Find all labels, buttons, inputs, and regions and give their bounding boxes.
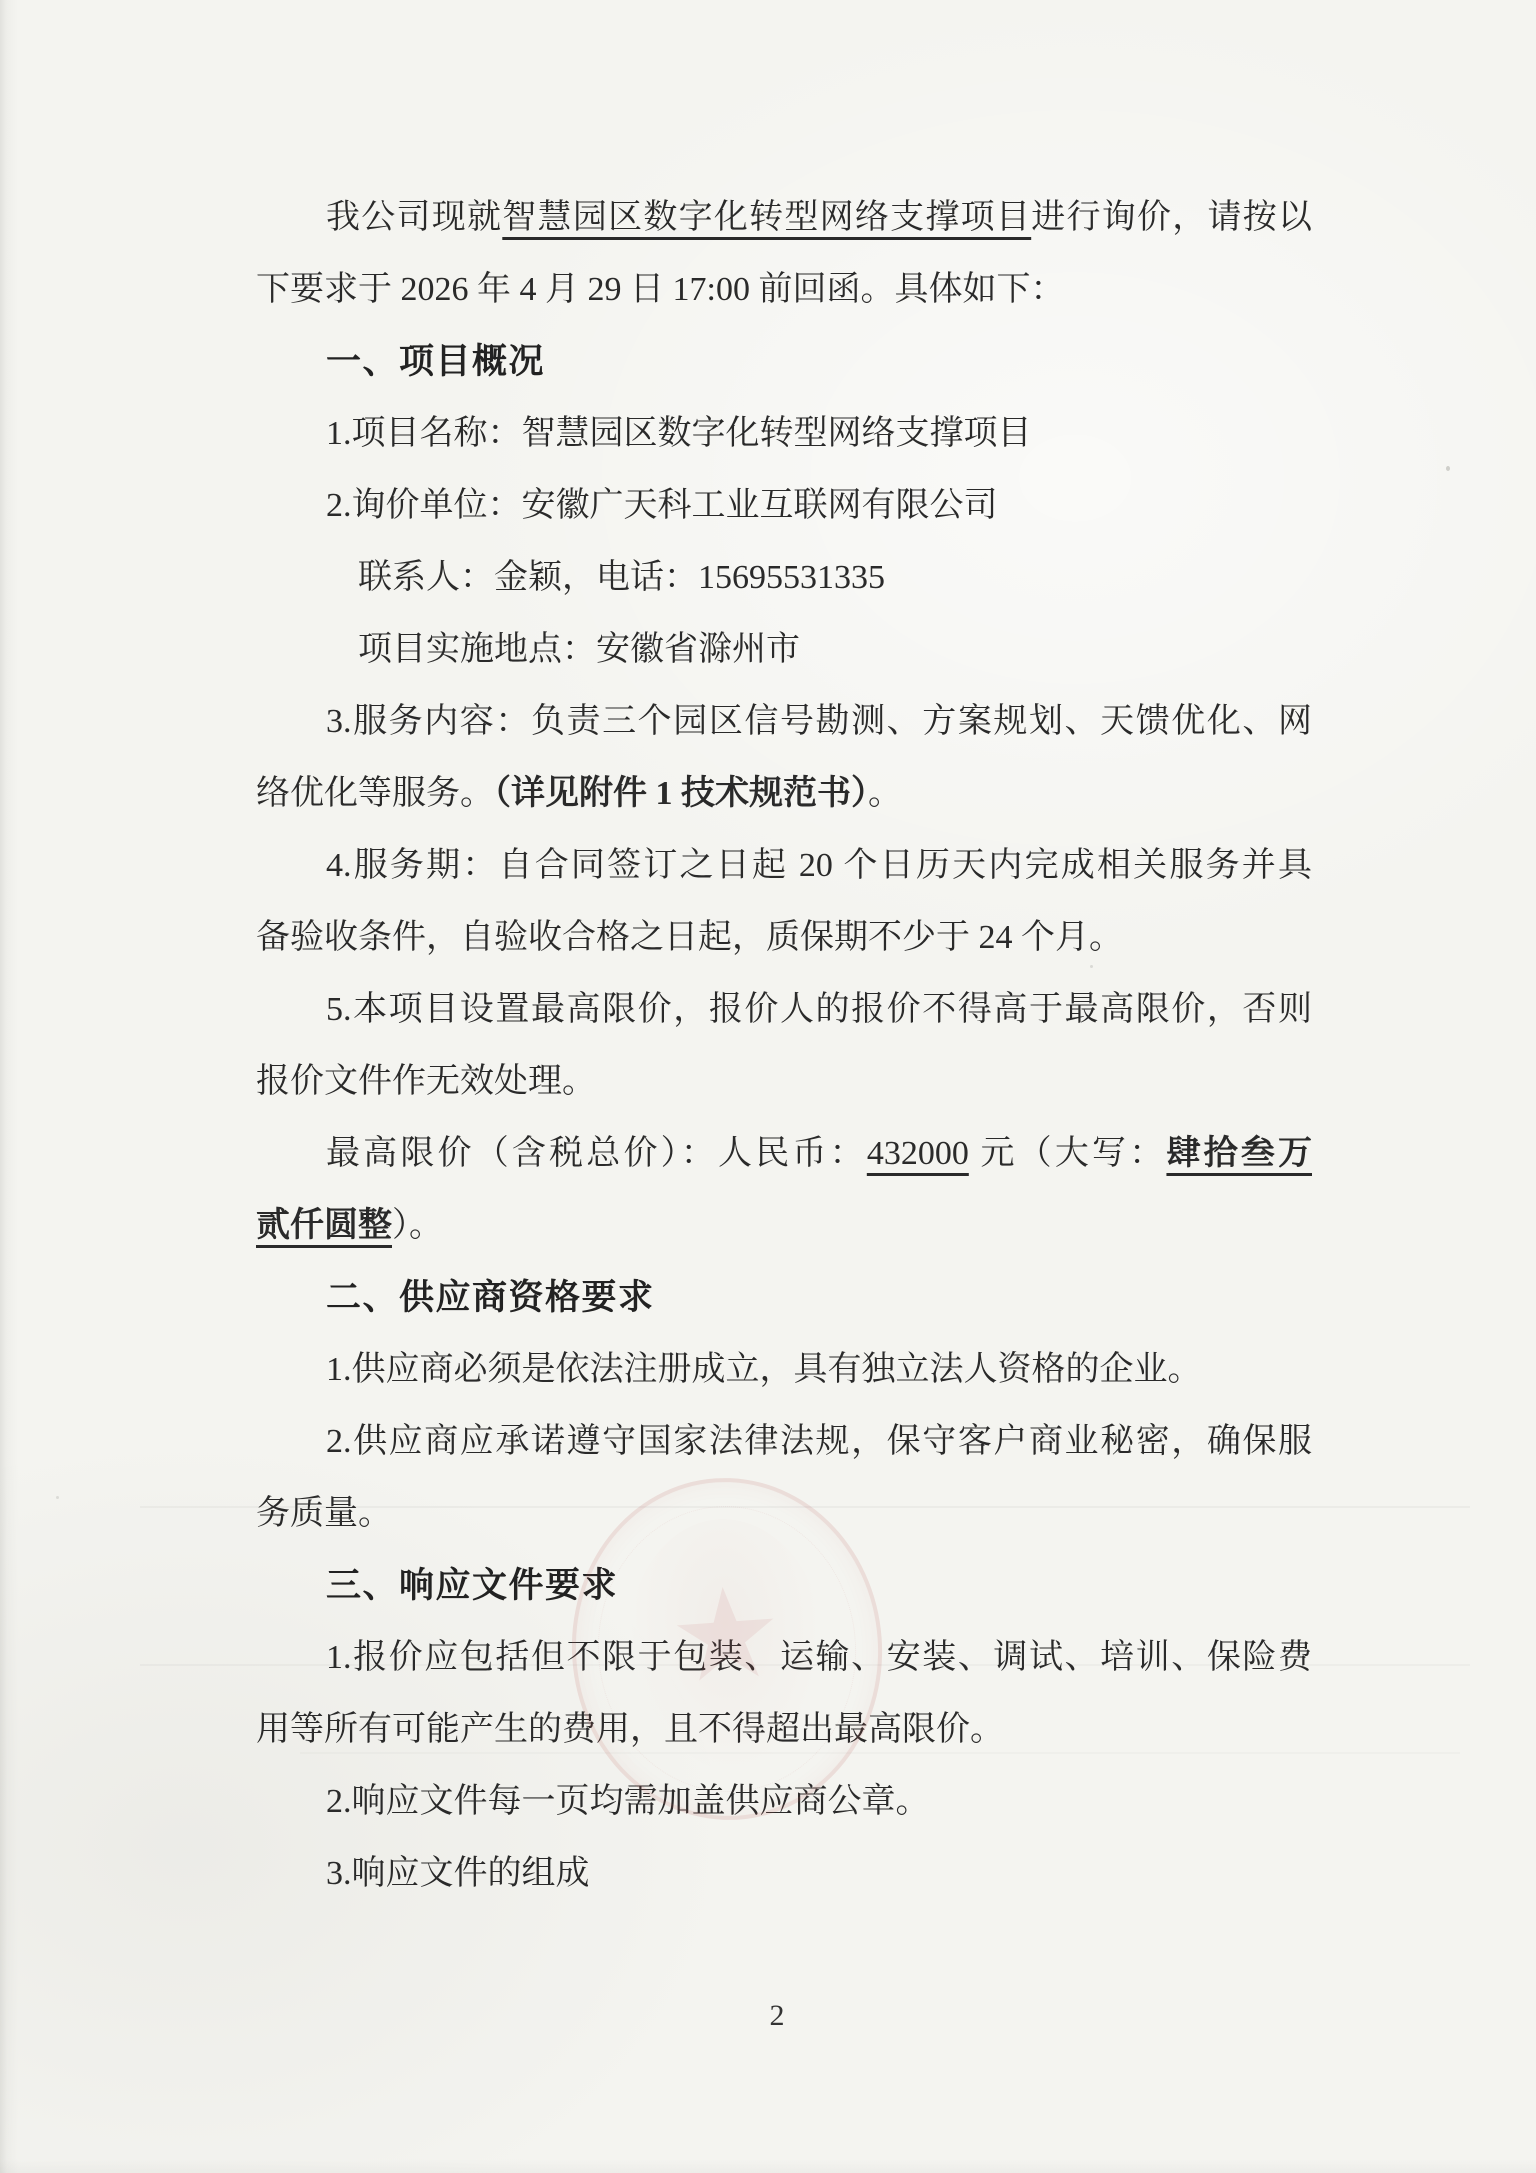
scan-artifact-line: [300, 1752, 1460, 1754]
text-line: 1.供应商必须是依法注册成立，具有独立法人资格的企业。: [256, 1334, 1312, 1406]
text-segment: 1.报价应包括但不限于包装、运输、安装、调试、培训、保险费: [326, 1639, 1312, 1676]
text-line: 2.响应文件每一页均需加盖供应商公章。: [256, 1766, 1312, 1838]
text-segment: 项目实施地点：安徽省滁州市: [358, 631, 800, 668]
text-segment: 2.询价单位：安徽广天科工业互联网有限公司: [326, 487, 998, 524]
text-line: 用等所有可能产生的费用，且不得超出最高限价。: [256, 1694, 1312, 1766]
text-line: 2.供应商应承诺遵守国家法律法规，保守客户商业秘密，确保服: [256, 1406, 1312, 1478]
text-segment: 1.供应商必须是依法注册成立，具有独立法人资格的企业。: [326, 1351, 1202, 1388]
text-line: 项目实施地点：安徽省滁州市: [256, 614, 1312, 686]
section-heading: 二、供应商资格要求: [256, 1262, 1312, 1334]
text-segment: 进行询价，请按以: [1031, 199, 1312, 236]
text-segment: 二、供应商资格要求: [326, 1278, 655, 1317]
text-segment: 元（大写：: [969, 1135, 1167, 1172]
text-segment: 我公司现就: [326, 199, 502, 236]
text-segment: 3.服务内容：负责三个园区信号勘测、方案规划、天馈优化、网: [326, 703, 1312, 740]
text-line: 4.服务期：自合同签订之日起 20 个日历天内完成相关服务并具: [256, 830, 1312, 902]
document-body: 我公司现就智慧园区数字化转型网络支撑项目进行询价，请按以下要求于 2026 年 …: [256, 182, 1312, 1910]
text-segment: 联系人：金颖，电话：15695531335: [358, 559, 885, 596]
text-segment: 最高限价（含税总价）：人民币：: [326, 1135, 867, 1172]
text-segment: （详见附件 1 技术规范书）: [494, 775, 868, 812]
text-segment: 3.响应文件的组成: [326, 1855, 590, 1892]
text-segment: 络优化等服务。: [256, 775, 494, 812]
scan-speck: [1446, 466, 1450, 471]
scan-speck: [56, 1496, 59, 1499]
text-line: 下要求于 2026 年 4 月 29 日 17:00 前回函。具体如下：: [256, 254, 1312, 326]
text-segment: 用等所有可能产生的费用，且不得超出最高限价。: [256, 1711, 1004, 1748]
page-number: 2: [0, 1992, 1536, 2040]
scan-speck: [1090, 965, 1093, 968]
text-segment: 432000: [867, 1135, 969, 1172]
text-line: 1.项目名称：智慧园区数字化转型网络支撑项目: [256, 398, 1312, 470]
text-line: 2.询价单位：安徽广天科工业互联网有限公司: [256, 470, 1312, 542]
text-line: 1.报价应包括但不限于包装、运输、安装、调试、培训、保险费: [256, 1622, 1312, 1694]
text-segment: 下要求于 2026 年 4 月 29 日 17:00 前回函。具体如下：: [256, 271, 1064, 308]
text-segment: 4.服务期：自合同签订之日起 20 个日历天内完成相关服务并具: [326, 847, 1312, 884]
text-line: 5.本项目设置最高限价，报价人的报价不得高于最高限价，否则: [256, 974, 1312, 1046]
scan-artifact-line: [140, 1664, 1470, 1666]
text-segment: 备验收条件，自验收合格之日起，质保期不少于 24 个月。: [256, 919, 1123, 956]
text-segment: 1.项目名称：智慧园区数字化转型网络支撑项目: [326, 415, 1032, 452]
text-segment: 2.响应文件每一页均需加盖供应商公章。: [326, 1783, 930, 1820]
text-segment: 一、项目概况: [326, 342, 545, 381]
text-line: 务质量。: [256, 1478, 1312, 1550]
text-line: 备验收条件，自验收合格之日起，质保期不少于 24 个月。: [256, 902, 1312, 974]
text-line: 联系人：金颖，电话：15695531335: [256, 542, 1312, 614]
text-line: 报价文件作无效处理。: [256, 1046, 1312, 1118]
text-line: 3.响应文件的组成: [256, 1838, 1312, 1910]
scan-artifact-line: [140, 1506, 1470, 1508]
text-segment: 贰仟圆整: [256, 1207, 392, 1244]
text-segment: 报价文件作无效处理。: [256, 1063, 596, 1100]
text-line: 贰仟圆整）。: [256, 1190, 1312, 1262]
section-heading: 三、响应文件要求: [256, 1550, 1312, 1622]
text-segment: 务质量。: [256, 1495, 392, 1532]
text-line: 最高限价（含税总价）：人民币：432000 元（大写：肆拾叁万: [256, 1118, 1312, 1190]
text-line: 络优化等服务。（详见附件 1 技术规范书）。: [256, 758, 1312, 830]
text-segment: 2.供应商应承诺遵守国家法律法规，保守客户商业秘密，确保服: [326, 1423, 1312, 1460]
text-segment: 智慧园区数字化转型网络支撑项目: [502, 199, 1031, 236]
text-segment: ）。: [392, 1207, 443, 1244]
text-segment: 。: [868, 775, 902, 812]
text-line: 我公司现就智慧园区数字化转型网络支撑项目进行询价，请按以: [256, 182, 1312, 254]
text-segment: 三、响应文件要求: [326, 1566, 618, 1605]
text-line: 3.服务内容：负责三个园区信号勘测、方案规划、天馈优化、网: [256, 686, 1312, 758]
text-segment: 5.本项目设置最高限价，报价人的报价不得高于最高限价，否则: [326, 991, 1312, 1028]
text-segment: 肆拾叁万: [1166, 1135, 1312, 1172]
section-heading: 一、项目概况: [256, 326, 1312, 398]
scanned-document-page: { "page": { "number": "2", "paper_color"…: [0, 0, 1536, 2173]
